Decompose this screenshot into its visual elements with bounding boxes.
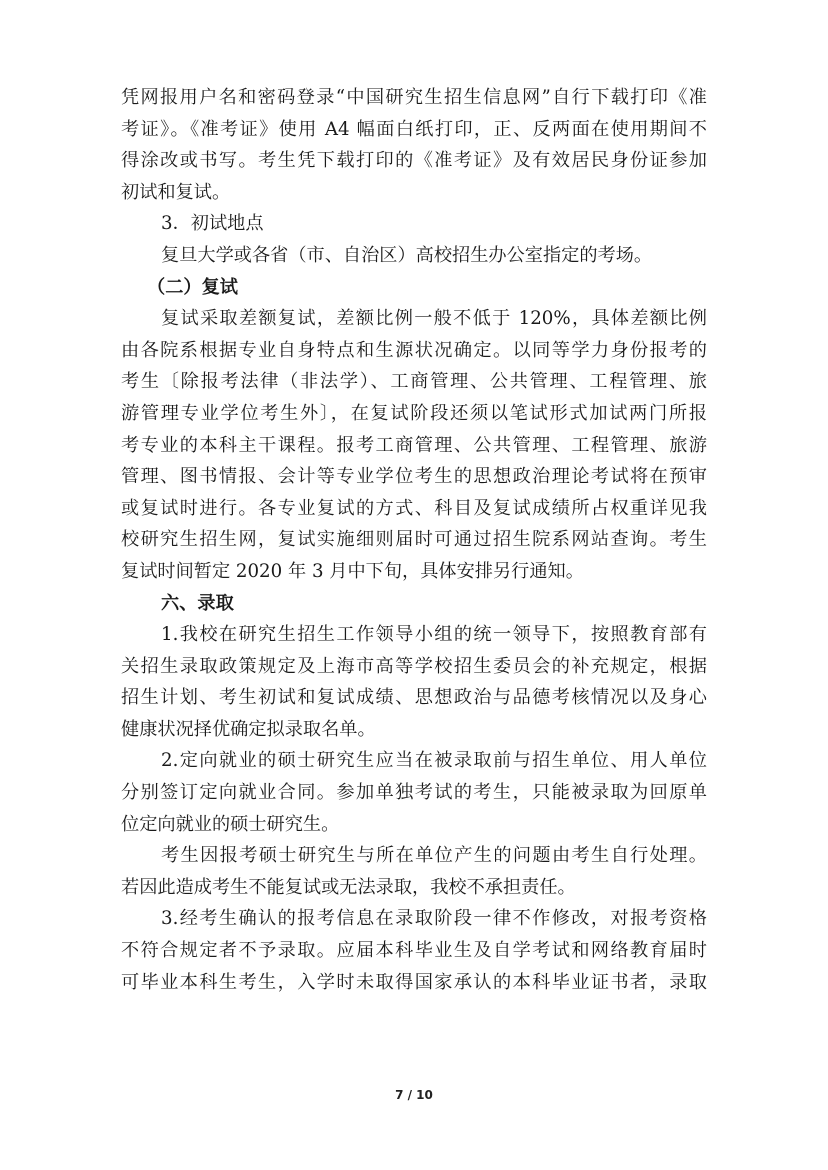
text-line: 不符合规定者不予录取。应届本科毕业生及自学考试和网络教育届时 [121, 935, 707, 967]
text-line: 复旦大学或各省（市、自治区）高校招生办公室指定的考场。 [121, 240, 707, 272]
section-heading-admission: 六、录取 [121, 588, 707, 620]
text-line: 复试采取差额复试，差额比例一般不低于 120%，具体差额比例 [121, 303, 707, 335]
text-line: 由各院系根据专业自身特点和生源状况确定。以同等学力身份报考的 [121, 335, 707, 367]
text-line: 考证》。《准考证》使用 A4 幅面白纸打印，正、反两面在使用期间不 [121, 114, 707, 146]
text-line: 位定向就业的硕士研究生。 [121, 809, 707, 841]
text-line: 校研究生招生网，复试实施细则届时可通过招生院系网站查询。考生 [121, 524, 707, 556]
page-content: 凭网报用户名和密码登录“中国研究生招生信息网”自行下载打印《准 考证》。《准考证… [121, 82, 707, 998]
text-line: 或复试时进行。各专业复试的方式、科目及复试成绩所占权重详见我 [121, 493, 707, 525]
text-line: 招生计划、考生初试和复试成绩、思想政治与品德考核情况以及身心 [121, 682, 707, 714]
text-line: 初试和复试。 [121, 177, 707, 209]
text-line: 复试时间暂定 2020 年 3 月中下旬，具体安排另行通知。 [121, 556, 707, 588]
document-page: 凭网报用户名和密码登录“中国研究生招生信息网”自行下载打印《准 考证》。《准考证… [0, 0, 828, 1170]
text-line: 凭网报用户名和密码登录“中国研究生招生信息网”自行下载打印《准 [121, 82, 707, 114]
text-line: 得涂改或书写。考生凭下载打印的《准考证》及有效居民身份证参加 [121, 145, 707, 177]
text-line: 游管理专业学位考生外〕，在复试阶段还须以笔试形式加试两门所报 [121, 398, 707, 430]
text-line: 管理、图书情报、会计等专业学位考生的思想政治理论考试将在预审 [121, 461, 707, 493]
text-line: 可毕业本科生考生，入学时未取得国家承认的本科毕业证书者，录取 [121, 967, 707, 999]
text-line: 分别签订定向就业合同。参加单独考试的考生，只能被录取为回原单 [121, 777, 707, 809]
text-line: 2.定向就业的硕士研究生应当在被录取前与招生单位、用人单位 [121, 745, 707, 777]
text-line: 考生〔除报考法律（非法学）、工商管理、公共管理、工程管理、旅 [121, 366, 707, 398]
text-line: 考生因报考硕士研究生与所在单位产生的问题由考生自行处理。 [121, 840, 707, 872]
text-line: 1.我校在研究生招生工作领导小组的统一领导下，按照教育部有 [121, 619, 707, 651]
text-line: 健康状况择优确定拟录取名单。 [121, 714, 707, 746]
page-number: 7 / 10 [0, 1088, 828, 1102]
subheading-exam-location: 3．初试地点 [121, 208, 707, 240]
text-line: 考专业的本科主干课程。报考工商管理、公共管理、工程管理、旅游 [121, 430, 707, 462]
text-line: 若因此造成考生不能复试或无法录取，我校不承担责任。 [121, 872, 707, 904]
text-line: 3.经考生确认的报考信息在录取阶段一律不作修改，对报考资格 [121, 903, 707, 935]
section-heading-retest: （二）复试 [121, 272, 707, 304]
text-line: 关招生录取政策规定及上海市高等学校招生委员会的补充规定，根据 [121, 651, 707, 683]
